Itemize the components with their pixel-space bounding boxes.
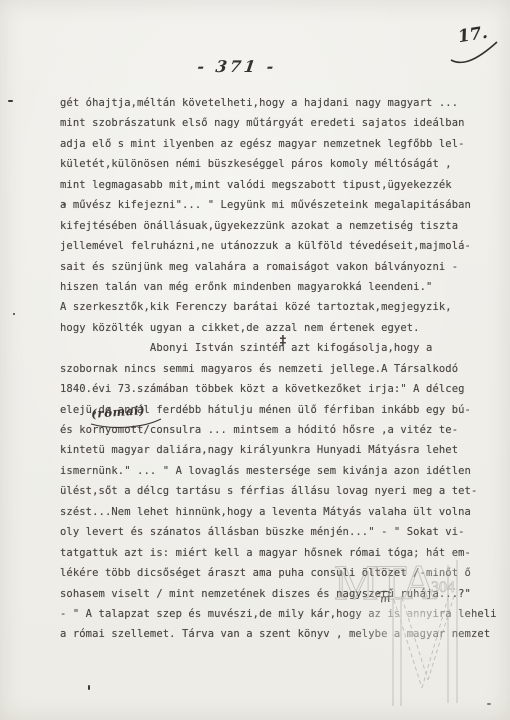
typed-line: lékére több dicsőséget áraszt ama puha c… (60, 563, 505, 583)
typed-line: és kornyomott/consulra ... mintsem a hód… (60, 420, 505, 440)
typed-line: kületét,különösen némi büszkeséggel páro… (60, 154, 505, 174)
typed-line: a művész kifejezni"... " Legyünk mi művé… (60, 195, 505, 215)
typed-text-block: gét óhajtja,méltán követelheti,hogy a ha… (60, 93, 505, 645)
typed-line: a római szellemet. Tárva van a szent kön… (60, 624, 505, 644)
scan-speck (88, 685, 90, 690)
typed-line: 1840.évi 73.számában többek közt a követ… (60, 379, 505, 399)
typed-line: szobornak nincs semmi magyaros és nemzet… (60, 359, 505, 379)
typed-line: jellemével felruházni,ne utánozzuk a kül… (60, 236, 505, 256)
typed-line: gét óhajtja,méltán követelheti,hogy a ha… (60, 93, 505, 113)
typed-line: A szerkesztők,kik Ferenczy barátai közé … (60, 297, 505, 317)
typed-line: mint szobrászatunk első nagy műtárgyát e… (60, 113, 505, 133)
handwritten-annotation-m: m (379, 591, 391, 605)
typed-line: kintetü magyar daliára,nagy királyunkra … (60, 440, 505, 460)
typed-line: sohasem viselt / mint nemzetének diszes … (60, 584, 505, 604)
typed-line: szést...Nem lehet hinnünk,hogy a leventa… (60, 502, 505, 522)
scanned-page: 17. - 371 - gét óhajtja,méltán követelhe… (0, 0, 510, 720)
typed-line: hiszen talán van még erőnk mindenben mag… (60, 277, 505, 297)
corner-note-underline (451, 42, 497, 62)
typed-line: mint legmagasabb mit,mint valódi megszab… (60, 175, 505, 195)
scan-speck (8, 100, 13, 102)
page-number: - 371 - (181, 57, 294, 76)
typed-line: oly levert és szánatos állásban büszke m… (60, 522, 505, 542)
typed-line: kifejtésében önállásuak,ügyekezzünk azok… (60, 216, 505, 236)
typed-insertion-mark: ‡ (279, 334, 287, 349)
typed-line: - " A talapzat szep és muvészi,de mily k… (60, 604, 505, 624)
scan-speck (13, 313, 15, 315)
typed-line: ülést,sőt a délcg tartásu s férfias állá… (60, 481, 505, 501)
scan-speck (63, 203, 66, 206)
typed-line: sait és szünjünk meg valahára a romaiság… (60, 257, 505, 277)
typed-line: ismernünk." ... " A lovaglás mestersége … (60, 461, 505, 481)
typed-line: adja elő s mint ilyenben az egész magyar… (60, 134, 505, 154)
handwritten-corner-note: 17. (457, 23, 489, 47)
typed-line: tatgattuk azt is: miért kell a magyar hő… (60, 543, 505, 563)
scan-speck (487, 703, 491, 705)
